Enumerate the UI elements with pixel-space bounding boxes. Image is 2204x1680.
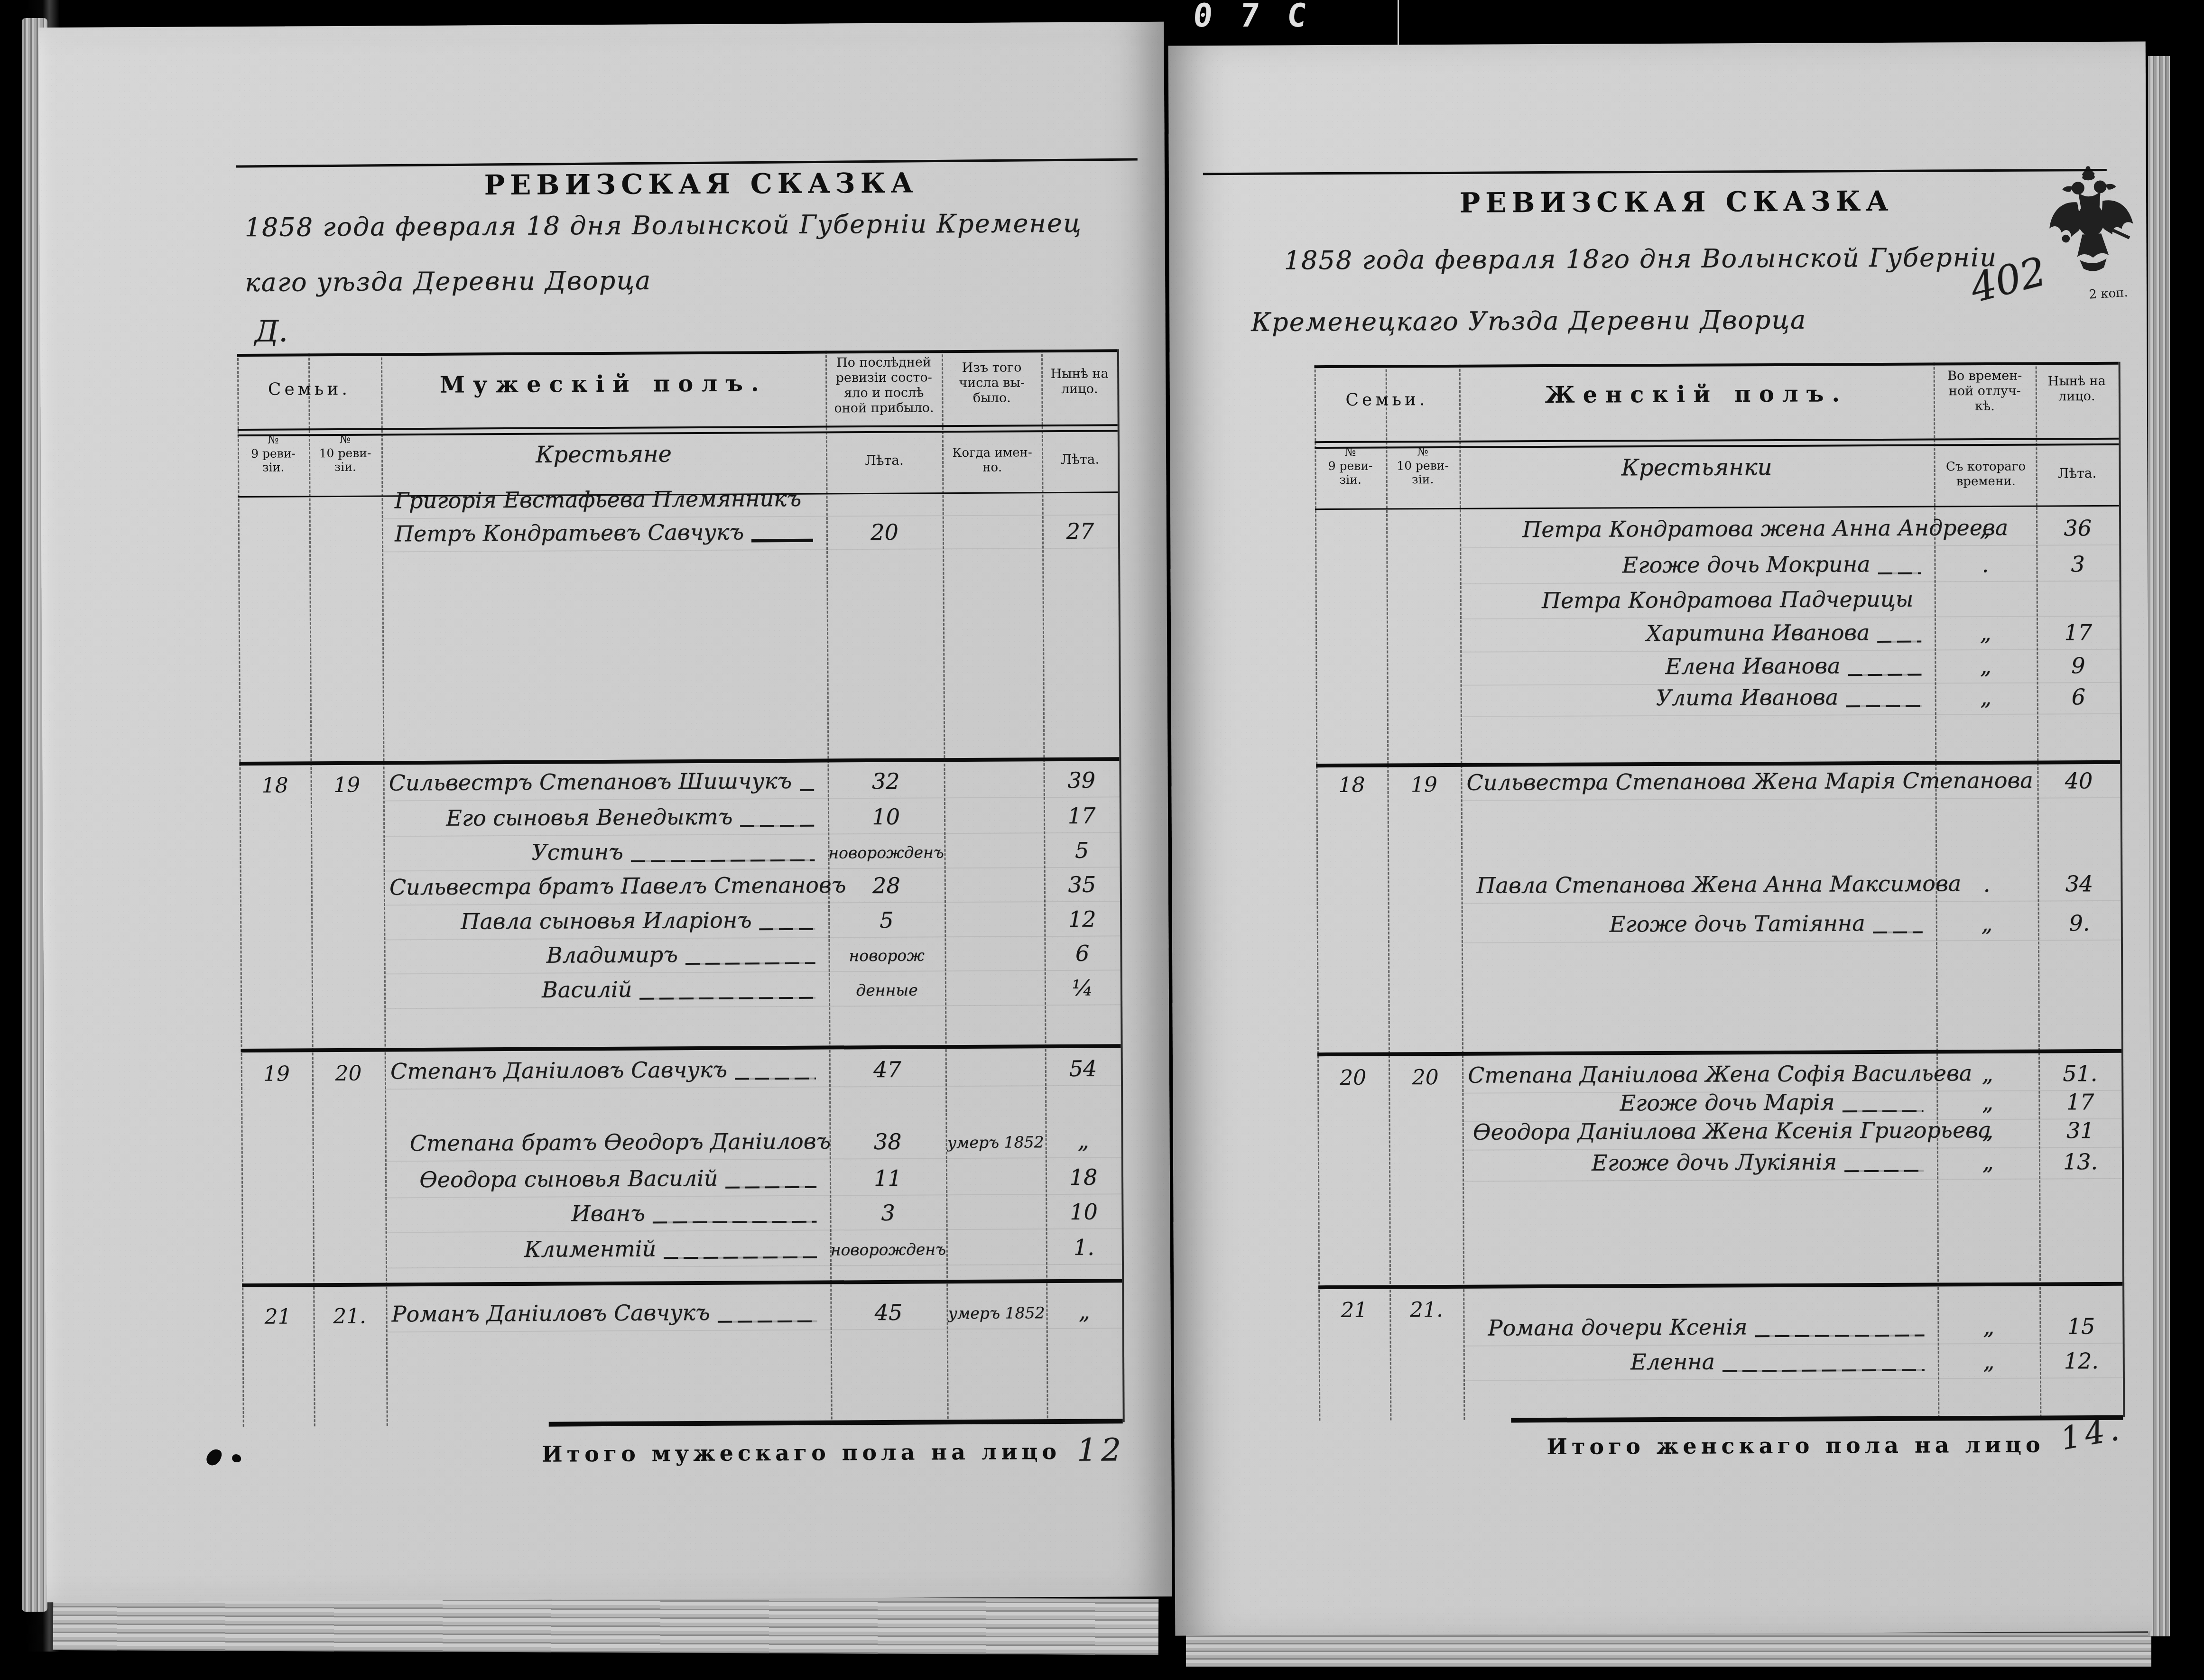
ink-blot	[204, 1447, 223, 1468]
record-row: Сильвестръ Степановъ Шишчукъ	[389, 768, 819, 800]
person-name: Климентій	[524, 1236, 656, 1262]
age-now: 10	[1046, 1199, 1121, 1225]
handwritten-filler-dash	[664, 1256, 817, 1259]
record-row: Егоже дочь Лукіянія	[1592, 1149, 1928, 1180]
age-at-last-revision: 20	[826, 519, 943, 545]
revenue-stamp: 2 коп.	[2040, 159, 2143, 311]
person-name: Степанъ Даніиловъ Савчукъ	[390, 1057, 727, 1084]
table-column-line	[381, 353, 388, 1426]
handwritten-filler-dash	[1873, 932, 1923, 933]
record-row: Сильвестра братъ Павелъ Степановъ	[389, 872, 820, 904]
family-number-rev9: 20	[1317, 1066, 1389, 1090]
ink-blot	[232, 1454, 241, 1462]
subheader-years-now: Лѣта.	[1043, 451, 1117, 467]
age-now: „	[1046, 1127, 1121, 1154]
top-rule	[1203, 169, 2107, 175]
subheader-peasants: Крестьяне	[381, 440, 826, 469]
right-page-female: РЕВИЗСКАЯ СКАЗКА 1858 года февраля 18го …	[1168, 42, 2153, 1636]
table-column-line	[1459, 365, 1465, 1420]
age-now: 39	[1044, 767, 1120, 793]
record-row: Петра Кондратова Падчерицы	[1542, 586, 1926, 618]
stamp-denomination: 2 коп.	[2075, 285, 2142, 303]
section-divider-rule	[241, 1044, 1121, 1052]
female-total-line: Итого женскаго пола на лицо14.	[1426, 1423, 2123, 1462]
age-at-last-revision: 47	[829, 1056, 945, 1082]
age-at-last-revision: 38	[830, 1128, 946, 1154]
person-name: Романъ Даніиловъ Савчукъ	[391, 1300, 710, 1327]
handwritten-filler-dash	[631, 859, 815, 862]
record-row: Климентій	[524, 1235, 822, 1266]
absence-since-mark: „	[1935, 653, 2037, 679]
handwritten-filler-dash	[639, 997, 815, 1000]
family-number-rev10: 20	[312, 1061, 385, 1086]
record-row: Степанъ Даніиловъ Савчукъ	[390, 1056, 821, 1088]
record-row: Григорія Евстафьева Племянникъ	[394, 486, 817, 517]
page-title: РЕВИЗСКАЯ СКАЗКА	[239, 166, 1164, 203]
left-page-male: РЕВИЗСКАЯ СКАЗКА 1858 года февраля 18 дн…	[38, 22, 1172, 1602]
age-at-last-revision: 28	[828, 872, 945, 898]
handwritten-filler-dash	[1755, 1335, 1925, 1338]
handwritten-filler-dash	[759, 928, 815, 931]
handwritten-filler-dash	[799, 789, 814, 791]
person-name: Степана Даніилова Жена Софія Васильева	[1468, 1060, 1972, 1088]
age-now: 27	[1042, 518, 1118, 544]
age-now: 9	[2037, 653, 2120, 679]
person-name: Егоже дочь Мокрина	[1622, 551, 1870, 578]
person-name: Егоже дочь Марія	[1620, 1089, 1834, 1116]
header-temporary-absence: Во времен- ной отлуч- кѣ.	[1935, 369, 2035, 415]
record-row: Устинъ	[531, 838, 819, 869]
record-row: Степана братъ Ѳеодоръ Даніиловъ	[410, 1128, 821, 1160]
handwritten-place-line: Кременецкаго Уѣзда Деревни Дворца	[1251, 305, 1806, 337]
film-scratch-artifact	[1398, 0, 1399, 46]
absence-since-mark: „	[1937, 1118, 2039, 1144]
family-number-rev9: 18	[240, 773, 311, 798]
record-row: Петра Кондратова жена Анна Андреева	[1522, 515, 1926, 546]
family-number-rev9: 21	[242, 1304, 313, 1329]
person-name: Иванъ	[571, 1200, 645, 1227]
person-name: Харитина Иванова	[1646, 619, 1870, 646]
handwritten-filler-dash	[1846, 705, 1922, 708]
age-now: 54	[1045, 1055, 1121, 1081]
row-aging-line	[1462, 940, 2121, 943]
age-now: 6	[2037, 684, 2120, 710]
age-now: 51.	[2038, 1061, 2121, 1087]
person-name: Елена Иванова	[1665, 653, 1840, 679]
family-number-rev10: 21.	[313, 1304, 386, 1329]
record-row: Ѳеодора Даніилова Жена Ксенія Григорьева	[1473, 1117, 1928, 1149]
subheader-peasant-women: Крестьянки	[1459, 453, 1934, 481]
record-row: Егоже дочь Мокрина	[1622, 551, 1926, 582]
section-divider-rule	[1316, 760, 2120, 767]
row-aging-line	[1463, 1178, 2122, 1182]
age-now: ¼	[1045, 975, 1121, 1001]
double-headed-eagle-icon	[2040, 159, 2142, 287]
age-at-last-revision: 5	[828, 907, 945, 933]
header-double-rule	[1315, 438, 2119, 443]
record-row: Степана Даніилова Жена Софія Васильева	[1468, 1061, 1928, 1092]
person-name: Сильвестръ Степановъ Шишчукъ	[389, 768, 792, 795]
handwritten-filler-dash	[751, 539, 813, 543]
age-now: 17	[2037, 619, 2120, 646]
handwritten-filler-dash	[1878, 641, 1922, 643]
row-aging-line	[1460, 649, 2120, 653]
absence-since-mark: „	[1935, 620, 2037, 646]
table-top-border	[1315, 362, 2119, 368]
header-now-present: Нынѣ на лицо.	[1043, 366, 1116, 397]
handwritten-filler-dash	[653, 1221, 817, 1224]
person-name: Ѳеодора сыновья Василій	[419, 1165, 718, 1192]
record-row: Павла Степанова Жена Анна Максимова	[1476, 871, 1927, 902]
person-name: Ѳеодора Даніилова Жена Ксенія Григорьева	[1473, 1117, 1991, 1145]
age-now: 31	[2039, 1117, 2122, 1144]
record-row: Его сыновья Венедыктъ	[446, 803, 819, 835]
absence-since-mark: „	[1937, 1149, 2039, 1175]
row-aging-line	[1461, 713, 2120, 717]
family-number-rev10: 21.	[1389, 1298, 1463, 1322]
person-name: Романа дочери Ксенія	[1488, 1314, 1747, 1340]
person-name: Степана братъ Ѳеодоръ Даніиловъ	[410, 1128, 831, 1156]
handwritten-filler-dash	[685, 962, 815, 965]
age-now: 18	[1046, 1164, 1121, 1190]
subheader-since-when: Съ котораго времени.	[1935, 460, 2037, 489]
family-number-rev10: 19	[311, 773, 383, 797]
age-now: 1.	[1046, 1234, 1122, 1260]
age-now: 36	[2036, 515, 2119, 541]
absence-since-mark: „	[1936, 911, 2038, 937]
section-divider-rule	[239, 757, 1119, 766]
age-now: 40	[2037, 768, 2120, 794]
person-name: Егоже дочь Татіянна	[1610, 910, 1865, 937]
departure-note: умеръ 1852	[946, 1303, 1046, 1322]
person-name: Еленна	[1630, 1349, 1715, 1375]
age-now: 3	[2036, 551, 2119, 577]
table-column-line	[1386, 365, 1392, 1421]
table-bottom-rule	[1511, 1415, 2123, 1423]
family-number-rev10: 20	[1389, 1065, 1462, 1090]
subheader-years: Лѣта.	[2037, 465, 2118, 481]
record-row: Егоже дочь Татіянна	[1610, 910, 1927, 941]
record-row: Василій	[542, 976, 820, 1006]
section-divider-rule	[1318, 1282, 2122, 1289]
male-total-line: Итого мужескаго пола на лицо12	[350, 1430, 1125, 1470]
header-now-present: Нынѣ на лицо.	[2037, 374, 2117, 404]
handwritten-filler-dash	[725, 1186, 816, 1189]
age-at-last-revision: 11	[830, 1165, 946, 1191]
page-stack-edge-bottom-right	[1186, 1633, 2151, 1667]
row-aging-line	[1460, 581, 2120, 584]
absence-since-mark: .	[1934, 552, 2036, 578]
absence-since-mark: „	[1935, 684, 2037, 711]
header-male-sex: Мужескій полъ.	[381, 370, 825, 399]
table-bottom-rule	[549, 1419, 1123, 1426]
person-name: Егоже дочь Лукіянія	[1592, 1149, 1837, 1175]
person-name: Его сыновья Венедыктъ	[446, 804, 732, 831]
person-name: Улита Иванова	[1656, 684, 1839, 711]
person-name: Павла Степанова Жена Анна Максимова	[1476, 870, 1961, 898]
handwritten-place-line: каго уѣзда Деревни Дворца	[245, 265, 651, 297]
header-last-revision: По послѣдней ревизіи состо- яло и послѣ …	[827, 355, 941, 416]
row-aging-line	[1463, 1377, 2123, 1381]
age-now: 5	[1044, 837, 1120, 863]
departure-note: умеръ 1852	[946, 1133, 1046, 1152]
subheader-when-exactly: Когда имен- но.	[944, 445, 1041, 475]
handwritten-filler-dash	[735, 1078, 816, 1080]
record-row: Ѳеодора сыновья Василій	[419, 1165, 821, 1196]
age-at-last-revision: 3	[830, 1200, 946, 1226]
record-row: Улита Иванова	[1656, 684, 1926, 714]
age-at-last-revision: новорожденъ	[830, 1240, 946, 1259]
header-female-sex: Женскій полъ.	[1459, 380, 1934, 409]
record-row: Иванъ	[571, 1200, 821, 1230]
header-departed: Изъ того числа вы- было.	[943, 360, 1040, 406]
absence-since-mark: „	[1938, 1348, 2040, 1375]
handwritten-filler-dash	[1722, 1369, 1925, 1372]
age-now: 12	[1044, 906, 1120, 932]
record-row: Сильвестра Степанова Жена Марія Степанов…	[1466, 768, 1926, 799]
age-at-last-revision: денные	[829, 980, 945, 999]
age-at-last-revision: новорожденъ	[828, 843, 944, 862]
family-number-rev9: 18	[1316, 773, 1387, 798]
person-name: Василій	[542, 977, 632, 1003]
subheader-revision10: № 10 реви- зіи.	[309, 432, 381, 474]
record-row: Егоже дочь Марія	[1620, 1089, 1928, 1120]
absence-since-mark: „	[1934, 516, 2036, 542]
record-row: Харитина Иванова	[1646, 619, 1926, 650]
age-now: 9.	[2038, 910, 2121, 936]
family-number-rev9: 21	[1318, 1298, 1389, 1322]
handwritten-filler-dash	[1848, 674, 1921, 676]
age-now: 15	[2039, 1313, 2122, 1339]
handwritten-filler-dash	[718, 1320, 817, 1323]
age-now: 35	[1044, 871, 1120, 897]
absence-since-mark: „	[1937, 1314, 2039, 1340]
handwritten-date-line: 1858 года февраля 18 дня Волынской Губер…	[244, 208, 1082, 242]
subheader-revision9: № 9 реви- зіи.	[238, 432, 309, 474]
record-row: Романъ Даніиловъ Савчукъ	[391, 1299, 822, 1331]
family-number-rev9: 19	[241, 1062, 312, 1086]
age-now: 34	[2037, 871, 2121, 897]
microfilm-frame-counter: 07C	[1191, 0, 1336, 35]
record-row: Павла сыновья Иларіонъ	[461, 907, 820, 938]
absence-since-mark: „	[1936, 1089, 2038, 1116]
person-name: Петръ Кондратьевъ Савчукъ	[395, 519, 744, 546]
record-row: Еленна	[1630, 1348, 1929, 1379]
male-total-value: 12	[1077, 1431, 1125, 1468]
record-row: Елена Иванова	[1665, 653, 1926, 683]
table-column-line	[1315, 365, 1321, 1421]
person-name: Петра Кондратова Падчерицы	[1542, 586, 1914, 613]
subheader-years-prev: Лѣта.	[827, 452, 941, 468]
section-divider-rule	[242, 1279, 1122, 1287]
microfilm-scan-frame: 07C РЕВИЗСКАЯ СКАЗКА 1858 года февраля 1…	[0, 0, 2204, 1680]
page-title: РЕВИЗСКАЯ СКАЗКА	[1316, 185, 2037, 220]
age-now: „	[1046, 1298, 1122, 1324]
person-name: Владимиръ	[546, 942, 677, 968]
page-stack-edge-bottom-left	[53, 1594, 1158, 1655]
subheader-rule	[1315, 505, 2119, 510]
age-now: 17	[1044, 803, 1120, 829]
record-row: Петръ Кондратьевъ Савчукъ	[395, 519, 818, 551]
person-name: Григорія Евстафьева Племянникъ	[394, 486, 801, 513]
age-now: 17	[2038, 1089, 2121, 1115]
handwritten-flourish: Д.	[254, 314, 288, 348]
person-name: Павла сыновья Иларіонъ	[461, 907, 752, 934]
age-at-last-revision: новорож	[828, 946, 945, 965]
age-now: 6	[1044, 940, 1120, 966]
handwritten-filler-dash	[1844, 1170, 1924, 1172]
person-name: Сильвестра Степанова Жена Марія Степанов…	[1466, 767, 2033, 795]
handwritten-filler-dash	[1878, 572, 1921, 574]
handwritten-filler-dash	[1842, 1110, 1923, 1113]
family-number-rev10: 19	[1387, 773, 1461, 797]
age-now: 13.	[2039, 1149, 2122, 1175]
table-top-border	[237, 349, 1117, 357]
table-column-line	[308, 353, 315, 1426]
male-total-label: Итого мужескаго пола на лицо	[542, 1439, 1061, 1467]
female-total-label: Итого женскаго пола на лицо	[1547, 1431, 2044, 1459]
record-row: Владимиръ	[546, 941, 820, 972]
age-now: 12.	[2040, 1348, 2123, 1374]
section-divider-rule	[1317, 1049, 2121, 1056]
person-name: Устинъ	[531, 839, 623, 865]
absence-since-mark: .	[1935, 871, 2037, 897]
age-at-last-revision: 45	[830, 1299, 946, 1325]
person-name: Сильвестра братъ Павелъ Степановъ	[389, 872, 846, 900]
age-at-last-revision: 10	[828, 803, 944, 830]
absence-since-mark: „	[1936, 1061, 2038, 1087]
record-row: Романа дочери Ксенія	[1488, 1313, 1929, 1345]
header-double-rule	[238, 424, 1118, 431]
table-column-line	[237, 354, 244, 1427]
handwritten-date-line: 1858 года февраля 18го дня Волынской Губ…	[1284, 242, 1998, 276]
handwritten-filler-dash	[740, 825, 815, 827]
age-at-last-revision: 32	[828, 768, 944, 794]
subheader-revision10: № 10 реви- зіи.	[1386, 444, 1459, 487]
subheader-revision9: № 9 реви- зіи.	[1315, 445, 1386, 487]
